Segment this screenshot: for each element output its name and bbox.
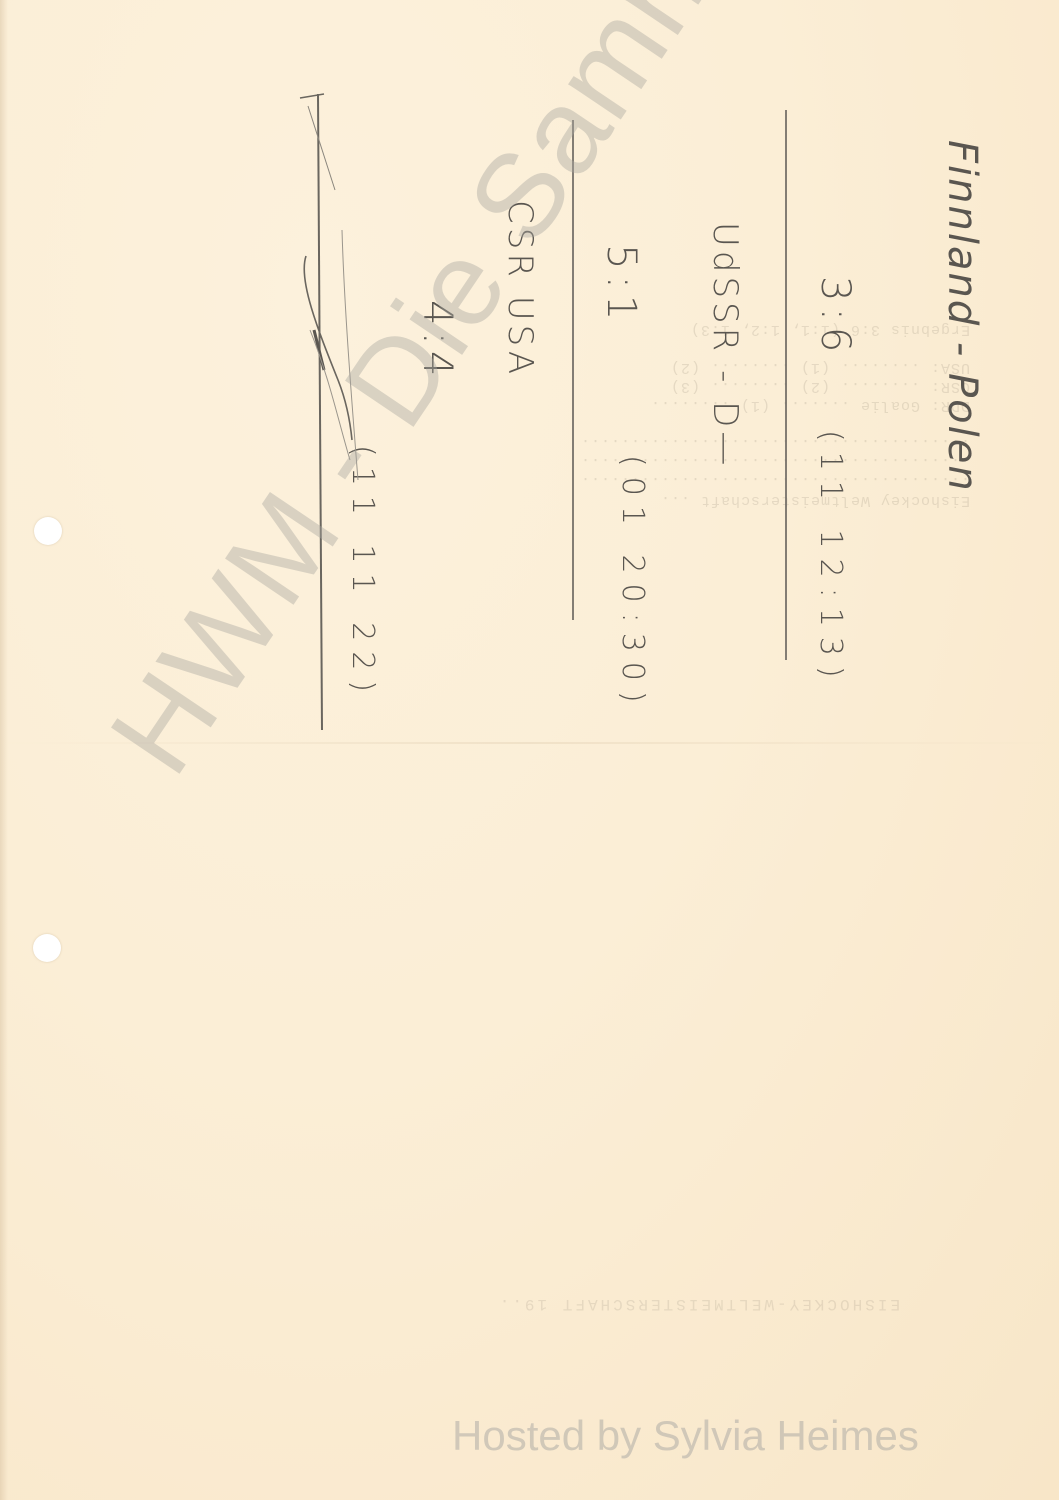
handwritten-periods-game2: (01 20:30): [615, 455, 650, 713]
page-edge-shadow: [0, 0, 8, 1500]
handwritten-score-game2: 5:1: [598, 244, 644, 326]
handwritten-score-game1: 3:6: [812, 276, 858, 358]
footer-watermark: Hosted by Sylvia Heimes: [452, 1412, 919, 1460]
handwritten-periods-game1: (11 12:13): [813, 430, 848, 688]
punch-hole-bottom: [33, 934, 61, 962]
punch-hole-top: [34, 517, 62, 545]
handwritten-heading-ussr-gdr: UdSSR - D—: [705, 222, 745, 469]
handwritten-heading-finland-poland: Finnland - Polen: [939, 140, 985, 493]
divider-line-1: [785, 110, 787, 660]
show-through-heading: EISHOCKEY-WELTMEISTERSCHAFT 19..: [180, 1295, 900, 1313]
